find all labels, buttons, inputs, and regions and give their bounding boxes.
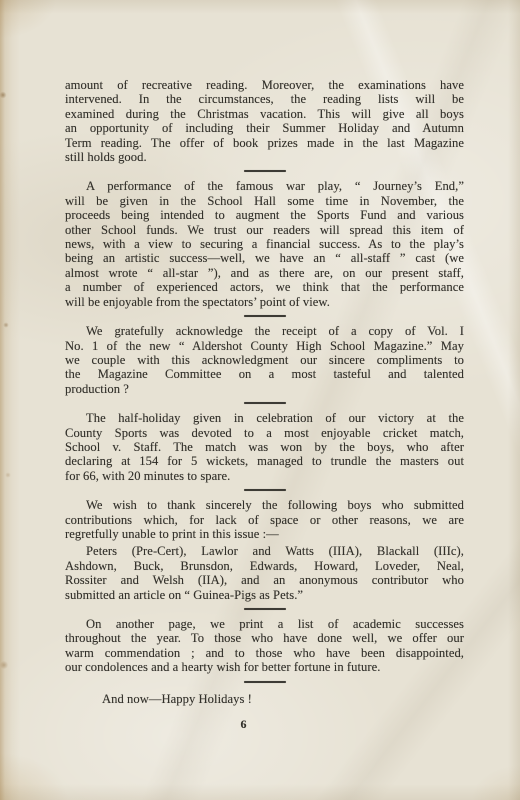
section-divider [244, 170, 286, 172]
text-line: throughout the year. To those who have d… [65, 631, 464, 645]
paragraphs: amount of recreative reading. Moreover, … [65, 78, 464, 683]
text-line: the Magazine Committee on a most tastefu… [65, 367, 464, 381]
text-line: A performance of the famous war play, “ … [65, 179, 464, 193]
text-line: being an artistic success—well, we have … [65, 251, 464, 265]
text-line: still holds good. [65, 150, 464, 164]
text-line: examined during the Christmas vacation. … [65, 107, 464, 121]
section-divider [244, 315, 286, 317]
text-line: County Sports was devoted to a most enjo… [65, 426, 464, 440]
text-line: Ashdown, Buck, Brunsdon, Edwards, Howard… [65, 559, 464, 573]
text-line: news, with a view to securing a financia… [65, 237, 464, 251]
text-line: intervened. In the circumstances, the re… [65, 92, 464, 106]
paragraph: On another page, we print a list of acad… [65, 617, 464, 675]
paragraph: We gratefully acknowledge the receipt of… [65, 324, 464, 396]
section-divider [244, 681, 286, 683]
text-line: submitted an article on “ Guinea-Pigs as… [65, 588, 464, 602]
text-line: our condolences and a hearty wish for be… [65, 660, 464, 674]
text-line: a number of experienced actors, we think… [65, 280, 464, 294]
text-line: amount of recreative reading. Moreover, … [65, 78, 464, 92]
text-line: declaring at 154 for 5 wickets, managed … [65, 454, 464, 468]
page-content: amount of recreative reading. Moreover, … [65, 78, 464, 731]
paragraph: amount of recreative reading. Moreover, … [65, 78, 464, 164]
section-divider [244, 402, 286, 404]
text-line: proceeds being intended to augment the S… [65, 208, 464, 222]
text-line: will be enjoyable from the spectators’ p… [65, 295, 464, 309]
paragraph: The half-holiday given in celebration of… [65, 411, 464, 483]
paragraph: A performance of the famous war play, “ … [65, 179, 464, 309]
text-line: an opportunity of including their Summer… [65, 121, 464, 135]
text-line: Peters (Pre-Cert), Lawlor and Watts (III… [65, 544, 464, 558]
text-line: for 66, with 20 minutes to spare. [65, 469, 464, 483]
paragraph: We wish to thank sincerely the following… [65, 498, 464, 541]
text-line: warm commendation ; and to those who hav… [65, 646, 464, 660]
section-divider [244, 608, 286, 610]
text-line: We gratefully acknowledge the receipt of… [65, 324, 464, 338]
text-line: No. 1 of the new “ Aldershot County High… [65, 339, 464, 353]
text-line: production ? [65, 382, 464, 396]
text-line: We wish to thank sincerely the following… [65, 498, 464, 512]
closing-line: And now—Happy Holidays ! [65, 692, 464, 706]
magazine-page: amount of recreative reading. Moreover, … [0, 0, 520, 800]
text-line: regretfully unable to print in this issu… [65, 527, 464, 541]
text-line: contributions which, for lack of space o… [65, 513, 464, 527]
text-line: Term reading. The offer of book prizes m… [65, 136, 464, 150]
page-number: 6 [44, 717, 443, 731]
text-line: we couple with this acknowledgment our s… [65, 353, 464, 367]
text-line: almost wrote “ all-star ”), and as there… [65, 266, 464, 280]
text-line: The half-holiday given in celebration of… [65, 411, 464, 425]
section-divider [244, 489, 286, 491]
paragraph: Peters (Pre-Cert), Lawlor and Watts (III… [65, 544, 464, 602]
text-line: School v. Staff. The match was won by th… [65, 440, 464, 454]
text-line: On another page, we print a list of acad… [65, 617, 464, 631]
text-line: will be given in the School Hall some ti… [65, 194, 464, 208]
text-line: other School funds. We trust our readers… [65, 223, 464, 237]
text-line: Rossiter and Welsh (IIA), and an anonymo… [65, 573, 464, 587]
